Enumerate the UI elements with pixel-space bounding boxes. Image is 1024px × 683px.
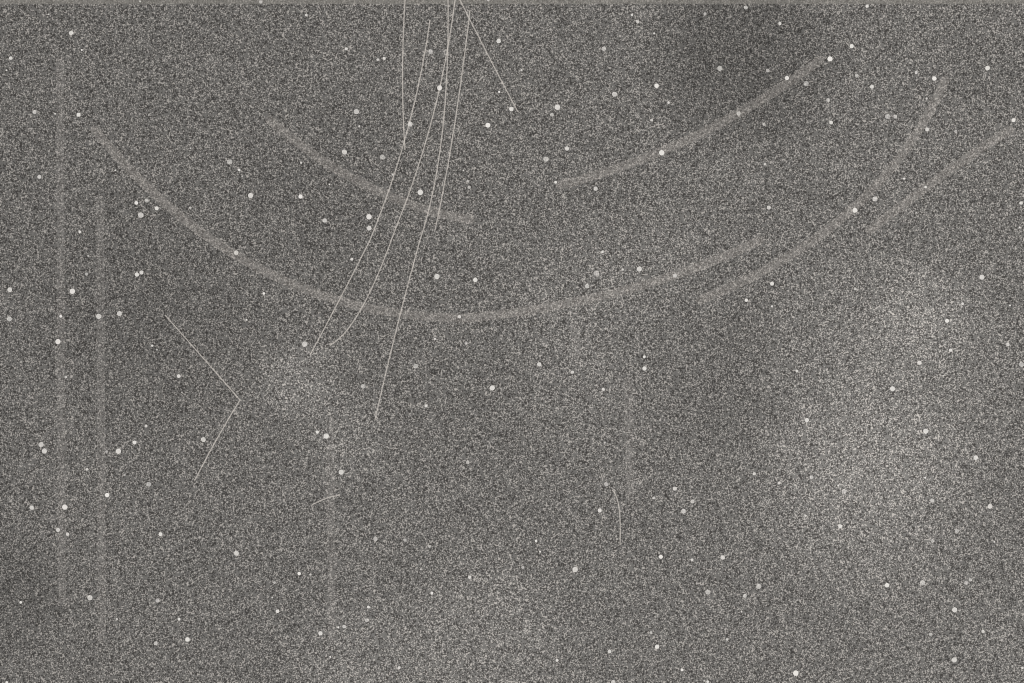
pale-arc-streaks (95, 60, 1010, 318)
vertical-drip-marks (60, 60, 630, 640)
surface-details (0, 0, 1024, 683)
hanging-dried-roots (165, 0, 620, 545)
white-specks (5, 0, 1024, 683)
concrete-wall-photo: Close-up photograph of a grey speckled c… (0, 0, 1024, 683)
